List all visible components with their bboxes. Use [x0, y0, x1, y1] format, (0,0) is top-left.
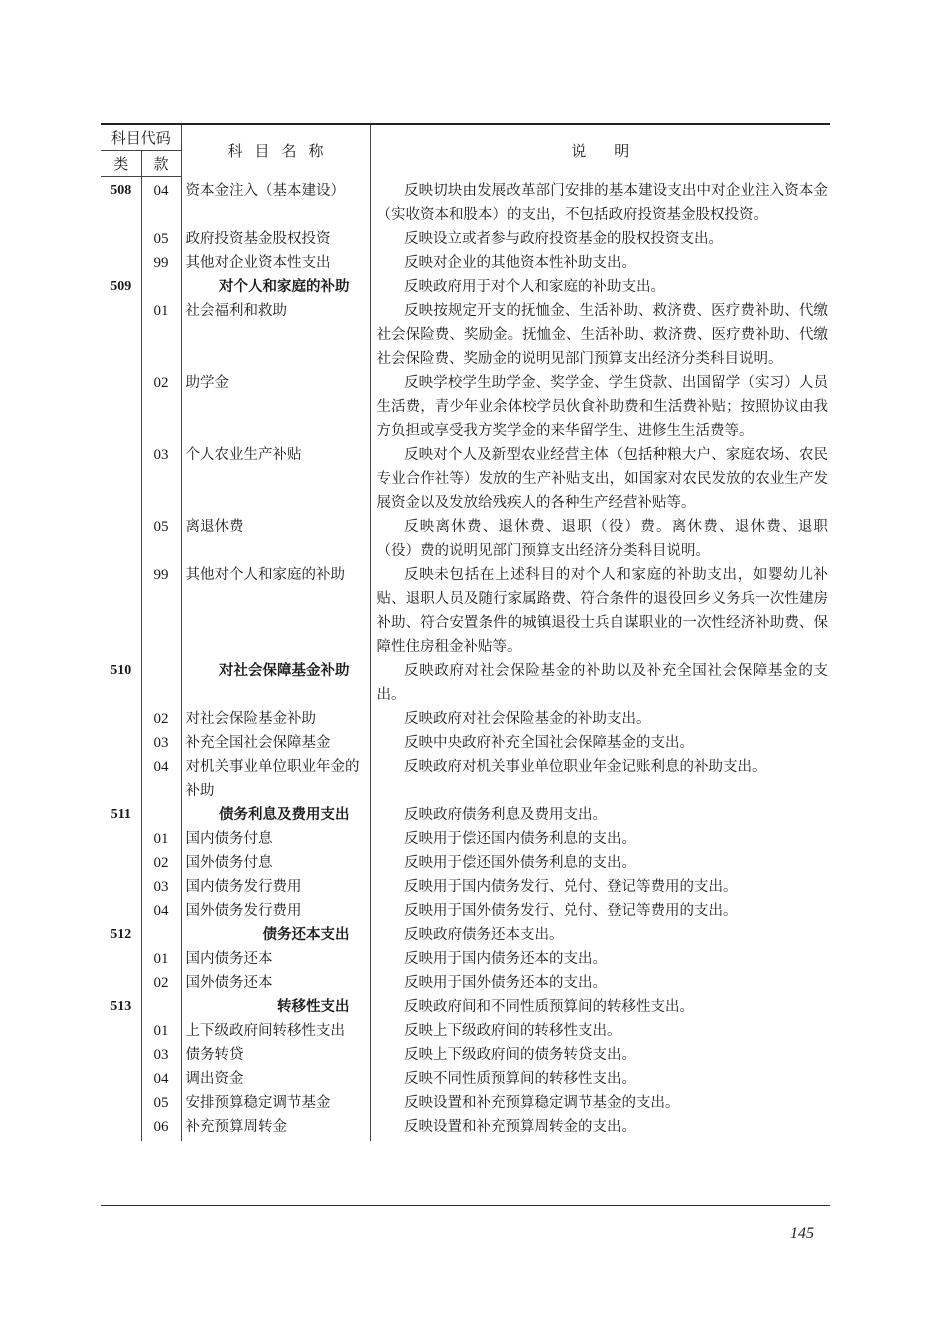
subject-description: 反映政府间和不同性质预算间的转移性支出。	[370, 995, 830, 1019]
table-body: 50804资本金注入（基本建设）反映切块由发展改革部门安排的基本建设支出中对企业…	[101, 177, 830, 1141]
item-code: 01	[141, 827, 181, 851]
item-code: 02	[141, 851, 181, 875]
subject-name: 国外债务付息	[181, 851, 370, 875]
item-code: 05	[141, 1091, 181, 1115]
category-code	[101, 251, 141, 275]
table-row: 06补充预算周转金反映设置和补充预算周转金的支出。	[101, 1115, 830, 1141]
subject-name: 安排预算稳定调节基金	[181, 1091, 370, 1115]
category-code	[101, 827, 141, 851]
subject-name: 补充预算周转金	[181, 1115, 370, 1141]
item-code: 99	[141, 563, 181, 659]
subject-description: 反映政府债务利息及费用支出。	[370, 803, 830, 827]
item-code: 05	[141, 227, 181, 251]
subject-name: 国内债务发行费用	[181, 875, 370, 899]
category-code	[101, 227, 141, 251]
subject-name: 国内债务付息	[181, 827, 370, 851]
table-row: 02国外债务还本反映用于国外债务还本的支出。	[101, 971, 830, 995]
subject-description: 反映离休费、退休费、退职（役）费。离休费、退休费、退职（役）费的说明见部门预算支…	[370, 515, 830, 563]
item-code: 04	[141, 755, 181, 803]
table-row: 04国外债务发行费用反映用于国外债务发行、兑付、登记等费用的支出。	[101, 899, 830, 923]
subject-name: 国外债务还本	[181, 971, 370, 995]
subject-name: 资本金注入（基本建设）	[181, 177, 370, 227]
subject-name: 政府投资基金股权投资	[181, 227, 370, 251]
subject-description: 反映不同性质预算间的转移性支出。	[370, 1067, 830, 1091]
subject-description: 反映用于国内债务还本的支出。	[370, 947, 830, 971]
table-row: 99其他对个人和家庭的补助反映未包括在上述科目的对个人和家庭的补助支出，如婴幼儿…	[101, 563, 830, 659]
subject-description: 反映用于偿还国内债务利息的支出。	[370, 827, 830, 851]
item-code: 03	[141, 1043, 181, 1067]
category-code	[101, 1067, 141, 1091]
table-row: 03个人农业生产补贴反映对个人及新型农业经营主体（包括种粮大户、家庭农场、农民专…	[101, 443, 830, 515]
category-code	[101, 1091, 141, 1115]
subject-name: 转移性支出	[181, 995, 370, 1019]
category-code	[101, 1043, 141, 1067]
subject-name: 国内债务还本	[181, 947, 370, 971]
subject-description: 反映政府对机关事业单位职业年金记账利息的补助支出。	[370, 755, 830, 803]
subject-description: 反映政府对社会保险基金的补助以及补充全国社会保障基金的支出。	[370, 659, 830, 707]
table-row: 02国外债务付息反映用于偿还国外债务利息的支出。	[101, 851, 830, 875]
table-row: 01社会福利和救助反映按规定开支的抚恤金、生活补助、救济费、医疗费补助、代缴社会…	[101, 299, 830, 371]
subject-name: 离退休费	[181, 515, 370, 563]
subject-name: 债务还本支出	[181, 923, 370, 947]
subject-description: 反映上下级政府间的债务转贷支出。	[370, 1043, 830, 1067]
subject-name: 国外债务发行费用	[181, 899, 370, 923]
item-code: 04	[141, 899, 181, 923]
subject-description: 反映设置和补充预算周转金的支出。	[370, 1115, 830, 1141]
item-code: 02	[141, 971, 181, 995]
item-code	[141, 995, 181, 1019]
subject-description: 反映设置和补充预算稳定调节基金的支出。	[370, 1091, 830, 1115]
table-row: 05安排预算稳定调节基金反映设置和补充预算稳定调节基金的支出。	[101, 1091, 830, 1115]
table-row: 50804资本金注入（基本建设）反映切块由发展改革部门安排的基本建设支出中对企业…	[101, 177, 830, 227]
table-row-category: 512债务还本支出反映政府债务还本支出。	[101, 923, 830, 947]
category-code	[101, 947, 141, 971]
subject-name: 助学金	[181, 371, 370, 443]
header-item: 款	[141, 151, 181, 177]
item-code: 04	[141, 177, 181, 227]
category-code	[101, 515, 141, 563]
item-code	[141, 803, 181, 827]
header-description: 说明	[370, 124, 830, 177]
item-code: 03	[141, 875, 181, 899]
category-code	[101, 731, 141, 755]
subject-description: 反映政府债务还本支出。	[370, 923, 830, 947]
table-header: 科目代码 科目名称 说明 类 款	[101, 124, 830, 177]
table-row: 02对社会保险基金补助反映政府对社会保险基金的补助支出。	[101, 707, 830, 731]
subject-description: 反映用于国外债务发行、兑付、登记等费用的支出。	[370, 899, 830, 923]
table-row-category: 510对社会保障基金补助反映政府对社会保险基金的补助以及补充全国社会保障基金的支…	[101, 659, 830, 707]
category-code	[101, 875, 141, 899]
subject-description: 反映用于国外债务还本的支出。	[370, 971, 830, 995]
table-row: 05离退休费反映离休费、退休费、退职（役）费。离休费、退休费、退职（役）费的说明…	[101, 515, 830, 563]
category-code	[101, 371, 141, 443]
category-code: 509	[101, 275, 141, 299]
subject-name: 对机关事业单位职业年金的补助	[181, 755, 370, 803]
category-code	[101, 851, 141, 875]
category-code	[101, 1115, 141, 1141]
item-code: 01	[141, 1019, 181, 1043]
subject-name: 补充全国社会保障基金	[181, 731, 370, 755]
category-code	[101, 299, 141, 371]
subject-name: 其他对企业资本性支出	[181, 251, 370, 275]
category-code	[101, 1019, 141, 1043]
item-code: 03	[141, 731, 181, 755]
subject-name: 社会福利和救助	[181, 299, 370, 371]
subject-name: 个人农业生产补贴	[181, 443, 370, 515]
category-code	[101, 755, 141, 803]
category-code: 510	[101, 659, 141, 707]
subject-description: 反映政府对社会保险基金的补助支出。	[370, 707, 830, 731]
subject-description: 反映上下级政府间的转移性支出。	[370, 1019, 830, 1043]
category-code	[101, 443, 141, 515]
category-code: 513	[101, 995, 141, 1019]
subject-description: 反映用于国内债务发行、兑付、登记等费用的支出。	[370, 875, 830, 899]
subject-description: 反映对个人及新型农业经营主体（包括种粮大户、家庭农场、农民专业合作社等）发放的生…	[370, 443, 830, 515]
subject-name: 债务利息及费用支出	[181, 803, 370, 827]
subject-description: 反映按规定开支的抚恤金、生活补助、救济费、医疗费补助、代缴社会保险费、奖励金。抚…	[370, 299, 830, 371]
table-row: 03债务转贷反映上下级政府间的债务转贷支出。	[101, 1043, 830, 1067]
category-code	[101, 899, 141, 923]
bottom-rule-divider	[101, 1205, 830, 1206]
item-code: 06	[141, 1115, 181, 1141]
table-row: 03补充全国社会保障基金反映中央政府补充全国社会保障基金的支出。	[101, 731, 830, 755]
table-row-category: 511债务利息及费用支出反映政府债务利息及费用支出。	[101, 803, 830, 827]
subject-description: 反映用于偿还国外债务利息的支出。	[370, 851, 830, 875]
category-code: 512	[101, 923, 141, 947]
table-row: 05政府投资基金股权投资反映设立或者参与政府投资基金的股权投资支出。	[101, 227, 830, 251]
subject-name: 对社会保险基金补助	[181, 707, 370, 731]
budget-subject-table: 科目代码 科目名称 说明 类 款 50804资本金注入（基本建设）反映切块由发展…	[101, 123, 830, 1141]
table-row: 01国内债务付息反映用于偿还国内债务利息的支出。	[101, 827, 830, 851]
category-code: 508	[101, 177, 141, 227]
subject-description: 反映切块由发展改革部门安排的基本建设支出中对企业注入资本金（实收资本和股本）的支…	[370, 177, 830, 227]
subject-description: 反映学校学生助学金、奖学金、学生贷款、出国留学（实习）人员生活费，青少年业余体校…	[370, 371, 830, 443]
subject-description: 反映设立或者参与政府投资基金的股权投资支出。	[370, 227, 830, 251]
item-code: 02	[141, 707, 181, 731]
table-row: 04对机关事业单位职业年金的补助反映政府对机关事业单位职业年金记账利息的补助支出…	[101, 755, 830, 803]
item-code: 01	[141, 299, 181, 371]
subject-description: 反映未包括在上述科目的对个人和家庭的补助支出，如婴幼儿补贴、退职人员及随行家属路…	[370, 563, 830, 659]
item-code	[141, 923, 181, 947]
header-subject-name: 科目名称	[181, 124, 370, 177]
category-code	[101, 707, 141, 731]
subject-name: 对社会保障基金补助	[181, 659, 370, 707]
item-code: 02	[141, 371, 181, 443]
table-row: 01上下级政府间转移性支出反映上下级政府间的转移性支出。	[101, 1019, 830, 1043]
subject-description: 反映对企业的其他资本性补助支出。	[370, 251, 830, 275]
category-code: 511	[101, 803, 141, 827]
item-code: 04	[141, 1067, 181, 1091]
table-row: 99其他对企业资本性支出反映对企业的其他资本性补助支出。	[101, 251, 830, 275]
header-category: 类	[101, 151, 141, 177]
subject-description: 反映政府用于对个人和家庭的补助支出。	[370, 275, 830, 299]
subject-name: 对个人和家庭的补助	[181, 275, 370, 299]
subject-description: 反映中央政府补充全国社会保障基金的支出。	[370, 731, 830, 755]
item-code: 01	[141, 947, 181, 971]
table-row: 02助学金反映学校学生助学金、奖学金、学生贷款、出国留学（实习）人员生活费，青少…	[101, 371, 830, 443]
item-code	[141, 659, 181, 707]
item-code: 05	[141, 515, 181, 563]
category-code	[101, 971, 141, 995]
header-subject-code: 科目代码	[101, 124, 181, 151]
document-page: 科目代码 科目名称 说明 类 款 50804资本金注入（基本建设）反映切块由发展…	[101, 123, 830, 1141]
subject-name: 调出资金	[181, 1067, 370, 1091]
table-row: 03国内债务发行费用反映用于国内债务发行、兑付、登记等费用的支出。	[101, 875, 830, 899]
item-code	[141, 275, 181, 299]
table-row: 04调出资金反映不同性质预算间的转移性支出。	[101, 1067, 830, 1091]
page-number: 145	[790, 1225, 814, 1243]
item-code: 03	[141, 443, 181, 515]
category-code	[101, 563, 141, 659]
subject-name: 债务转贷	[181, 1043, 370, 1067]
subject-name: 上下级政府间转移性支出	[181, 1019, 370, 1043]
table-row-category: 509对个人和家庭的补助反映政府用于对个人和家庭的补助支出。	[101, 275, 830, 299]
table-row: 01国内债务还本反映用于国内债务还本的支出。	[101, 947, 830, 971]
table-row-category: 513转移性支出反映政府间和不同性质预算间的转移性支出。	[101, 995, 830, 1019]
item-code: 99	[141, 251, 181, 275]
subject-name: 其他对个人和家庭的补助	[181, 563, 370, 659]
